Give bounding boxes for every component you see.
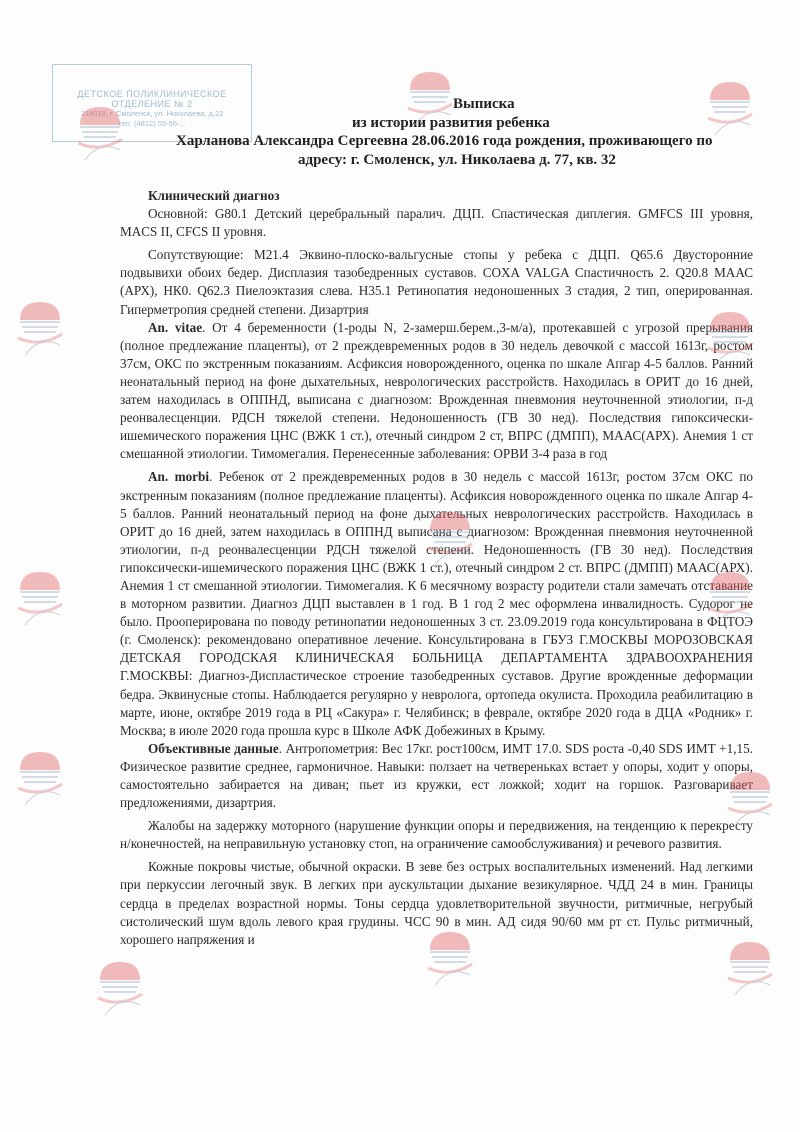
anamnesis-vitae-text: . От 4 беременности (1-роды N, 2-замерш.… (120, 320, 753, 462)
anamnesis-morbi-text: . Ребенок от 2 преждевременных родов в 3… (120, 469, 753, 737)
diagnosis-heading: Клинический диагноз (148, 187, 753, 205)
objective-data: Объективные данные. Антропометрия: Вес 1… (120, 740, 753, 812)
anamnesis-vitae-label: An. vitae (148, 320, 202, 335)
anamnesis-morbi-label: An. morbi (148, 469, 209, 484)
patient-line: Харланова Александра Сергеевна 28.06.201… (176, 133, 800, 150)
document-subtitle: из истории развития ребенка (352, 115, 800, 132)
document-page: ДЕТСКОЕ ПОЛИКЛИНИЧЕСКОЕ ОТДЕЛЕНИЕ № 2 21… (0, 0, 800, 1132)
complaints: Жалобы на задержку моторного (нарушение … (120, 817, 753, 853)
watermark-logo-icon (10, 740, 70, 810)
stamp-line (53, 79, 251, 89)
diagnosis-main: Основной: G80.1 Детский церебральный пар… (120, 205, 753, 241)
document-body: Клинический диагноз Основной: G80.1 Детс… (120, 187, 753, 949)
stamp-line: 214019, г. Смоленск, ул. Николаева, д.22 (53, 109, 251, 119)
anamnesis-vitae: An. vitae. От 4 беременности (1-роды N, … (120, 319, 753, 464)
stamp-line: ДЕТСКОЕ ПОЛИКЛИНИЧЕСКОЕ (53, 89, 251, 99)
diagnosis-related: Сопутствующие: M21.4 Эквино-плоско-вальг… (120, 246, 753, 318)
watermark-logo-icon (10, 290, 70, 360)
stamp-line: тел. (4812) 55-56-... (53, 119, 251, 129)
objective-data-label: Объективные данные (148, 741, 279, 756)
address-line: адресу: г. Смоленск, ул. Николаева д. 77… (298, 152, 800, 169)
watermark-logo-icon (90, 950, 150, 1020)
clinic-stamp: ДЕТСКОЕ ПОЛИКЛИНИЧЕСКОЕ ОТДЕЛЕНИЕ № 2 21… (52, 64, 252, 142)
document-title: Выписка (453, 96, 800, 113)
anamnesis-morbi: An. morbi. Ребенок от 2 преждевременных … (120, 468, 753, 739)
stamp-line (53, 69, 251, 79)
physical-exam: Кожные покровы чистые, обычной окраски. … (120, 858, 753, 948)
watermark-logo-icon (10, 560, 70, 630)
stamp-line: ОТДЕЛЕНИЕ № 2 (53, 99, 251, 109)
